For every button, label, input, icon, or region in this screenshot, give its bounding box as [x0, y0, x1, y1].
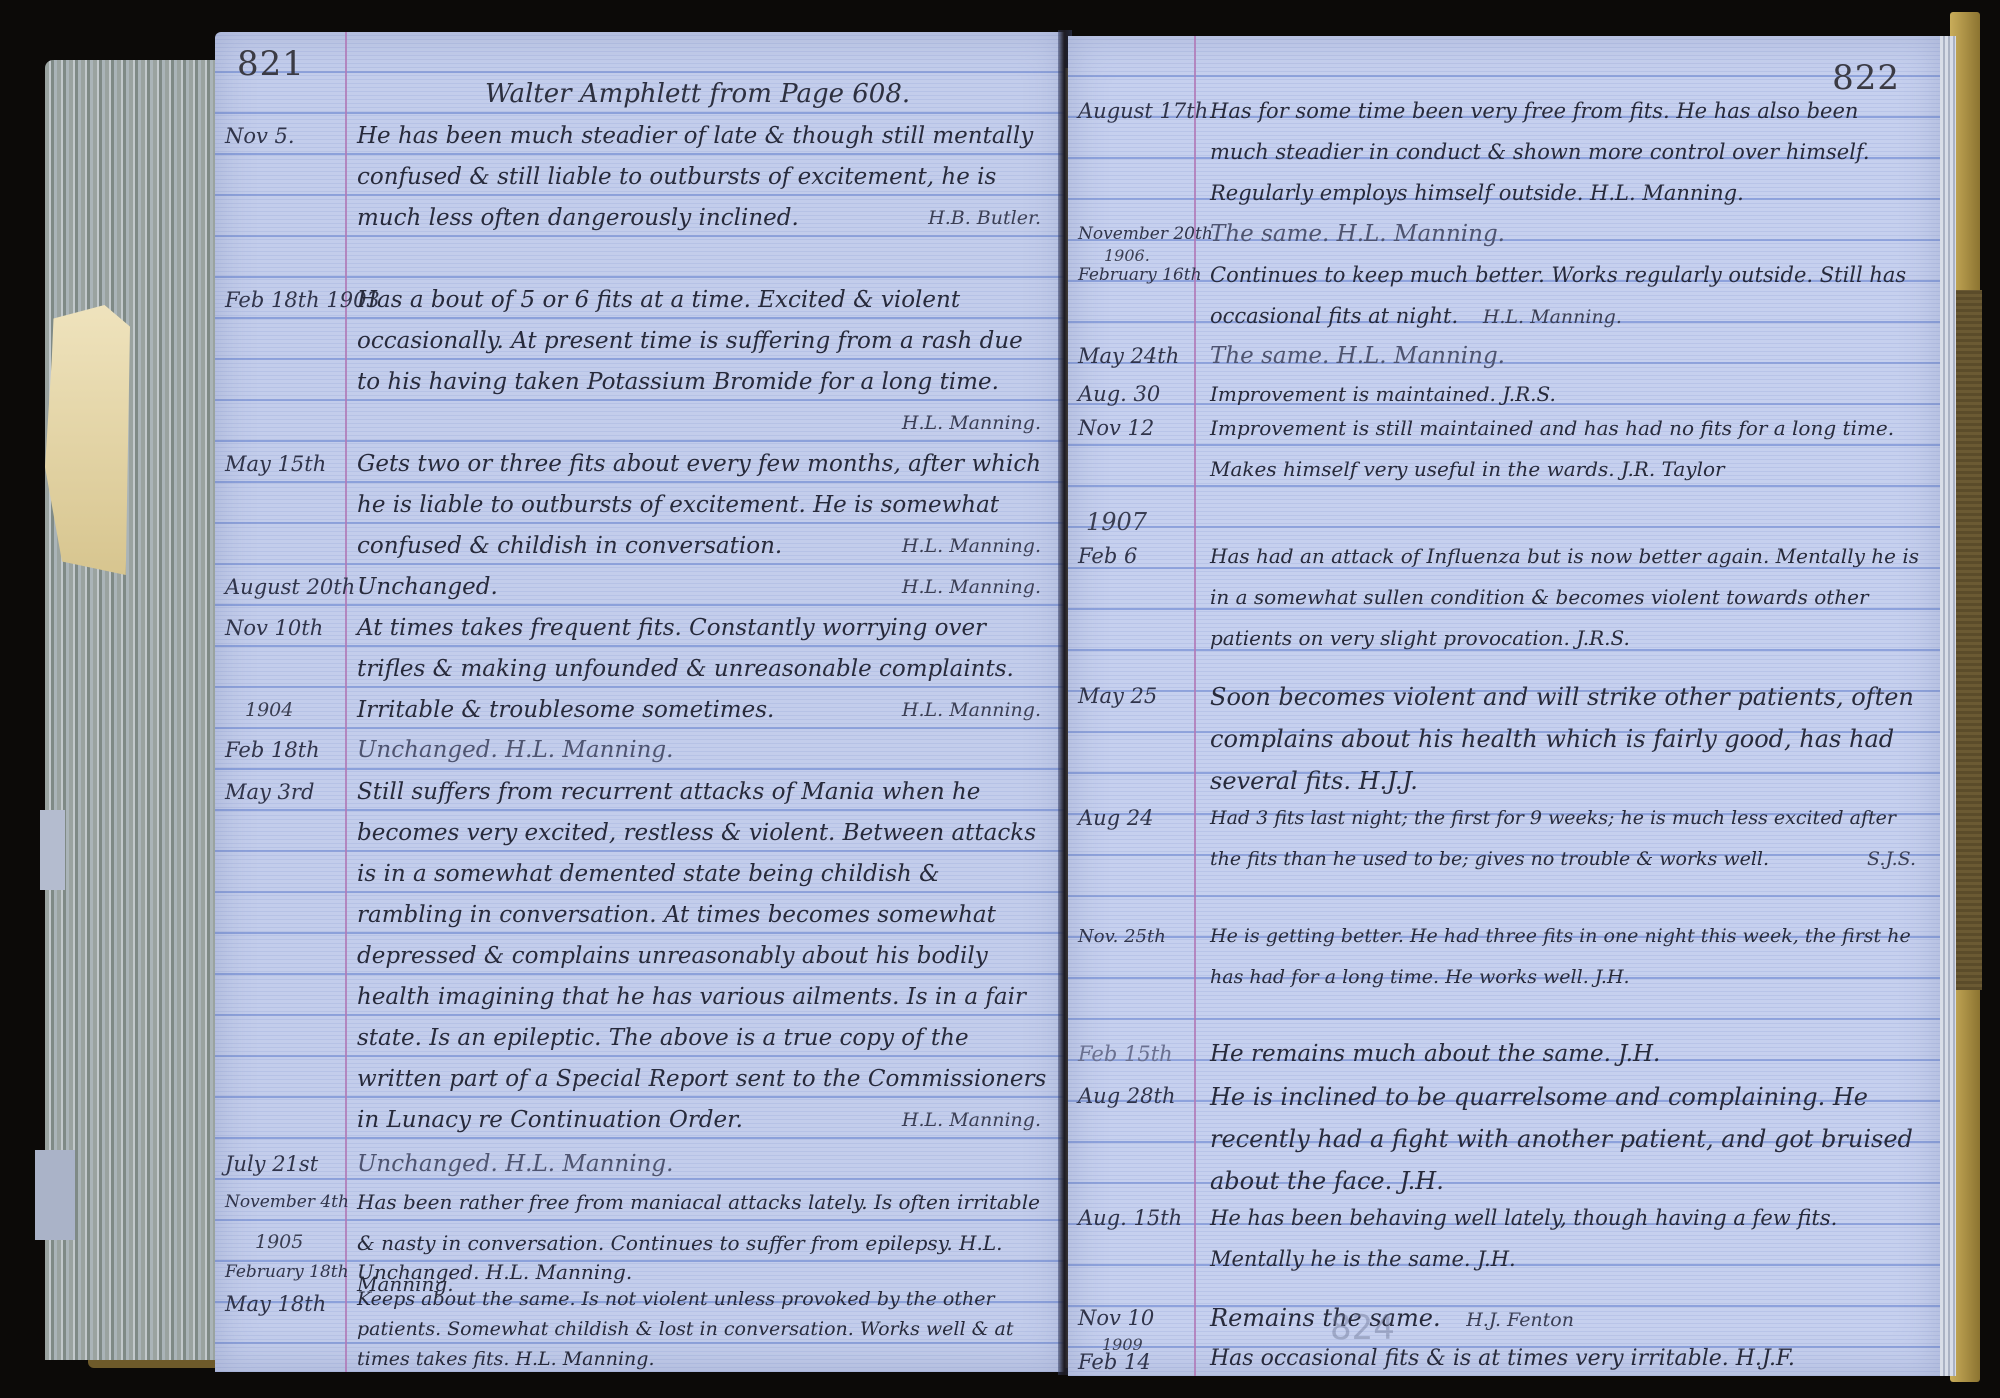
- entry-date: February 16th: [1078, 255, 1196, 296]
- entry-signature: H.L. Manning.: [1483, 306, 1622, 328]
- entry-date: Aug 24: [1078, 798, 1196, 839]
- entry-text: Remains the same. H.J. Fenton: [1210, 1298, 1922, 1341]
- entry-signature: H.L. Manning.: [902, 526, 1041, 567]
- page-block-edge: [45, 60, 215, 1360]
- entry-text: Unchanged. H.L. Manning.: [357, 730, 1047, 771]
- entry-date: May 15th: [225, 444, 343, 485]
- entry-text: Had 3 fits last night; the first for 9 w…: [1210, 798, 1922, 880]
- entry-text: Unchanged. H.L. Manning.: [357, 567, 1047, 608]
- entry-date: August 17th: [1078, 91, 1196, 132]
- page-stamp-number: 824: [1330, 1308, 1395, 1348]
- entry-text: Has had an attack of Influenza but is no…: [1210, 536, 1922, 659]
- entry-date: Aug. 15th: [1078, 1198, 1196, 1239]
- left-page: 821 Walter Amphlett from Page 608. Nov 5…: [215, 32, 1065, 1372]
- entry-signature: H.B. Butler.: [928, 198, 1041, 239]
- entry-text: Unchanged. H.L. Manning.: [357, 1144, 1047, 1185]
- margin-line: [345, 32, 347, 1372]
- entry-text: Has a bout of 5 or 6 fits at a time. Exc…: [357, 280, 1047, 444]
- entry-text: Keeps about the same. Is not violent unl…: [357, 1284, 1047, 1374]
- entry-date: May 18th: [225, 1284, 343, 1325]
- entry-text: At times takes frequent fits. Constantly…: [357, 608, 1047, 731]
- entry-text: Continues to keep much better. Works reg…: [1210, 255, 1922, 338]
- entry-date: Nov 5.: [225, 116, 343, 157]
- entry-year: 1904: [245, 690, 293, 731]
- entry-signature: H.L. Manning.: [902, 690, 1041, 731]
- entry-date: May 24th: [1078, 336, 1196, 377]
- right-page: 822 August 17th Has for some time been v…: [1068, 36, 1940, 1376]
- entry-date: Feb 15th: [1078, 1034, 1196, 1075]
- entry-text: Has occasional fits & is at times very i…: [1210, 1338, 1922, 1379]
- entry-date: November 4th: [225, 1182, 343, 1223]
- entry-date: Aug 28th: [1078, 1076, 1196, 1117]
- page-tab: [40, 810, 65, 890]
- entry-signature: H.L. Manning.: [902, 1100, 1041, 1141]
- entry-signature: S.J.S.: [1867, 839, 1916, 880]
- right-page-edges: [1940, 36, 1956, 1376]
- entry-text: He has been behaving well lately, though…: [1210, 1198, 1922, 1280]
- entry-date: Nov 12: [1078, 408, 1196, 449]
- page-tab: [35, 1150, 75, 1240]
- entry-date: Nov 10th: [225, 608, 343, 649]
- entry-date: Feb 18th: [225, 730, 343, 771]
- entry-text: He is inclined to be quarrelsome and com…: [1210, 1076, 1922, 1202]
- entry-date: Feb 18th 1903: [225, 280, 343, 321]
- entry-signature: H.L. Manning.: [902, 567, 1041, 608]
- entry-text: Has for some time been very free from fi…: [1210, 91, 1922, 214]
- entry-date: May 3rd: [225, 772, 343, 813]
- entry-text: The same. H.L. Manning.: [1210, 214, 1922, 255]
- entry-signature: H.J. Fenton: [1466, 1309, 1574, 1331]
- entry-date: Feb 14: [1078, 1342, 1196, 1383]
- entry-date: Feb 6: [1078, 536, 1196, 577]
- entry-text: He remains much about the same. J.H.: [1210, 1034, 1922, 1075]
- entry-text: Soon becomes violent and will strike oth…: [1210, 676, 1922, 802]
- entry-text: He is getting better. He had three fits …: [1210, 916, 1922, 998]
- entry-text: The same. H.L. Manning.: [1210, 336, 1922, 377]
- entry-date: August 20th: [225, 567, 343, 608]
- patient-title: Walter Amphlett from Page 608.: [485, 74, 910, 115]
- entry-date: July 21st: [225, 1144, 343, 1185]
- page-number-left: 821: [237, 44, 305, 84]
- entry-text: Gets two or three fits about every few m…: [357, 444, 1047, 567]
- entry-date: Nov. 25th: [1078, 916, 1196, 957]
- entry-date: May 25: [1078, 676, 1196, 717]
- entry-signature: H.L. Manning.: [902, 403, 1041, 444]
- binding-cloth-strip: [1952, 290, 1982, 990]
- entry-text: Still suffers from recurrent attacks of …: [357, 772, 1047, 1141]
- entry-text: Improvement is still maintained and has …: [1210, 408, 1922, 490]
- entry-text: He has been much steadier of late & thou…: [357, 116, 1047, 239]
- torn-page-flap: [45, 305, 130, 575]
